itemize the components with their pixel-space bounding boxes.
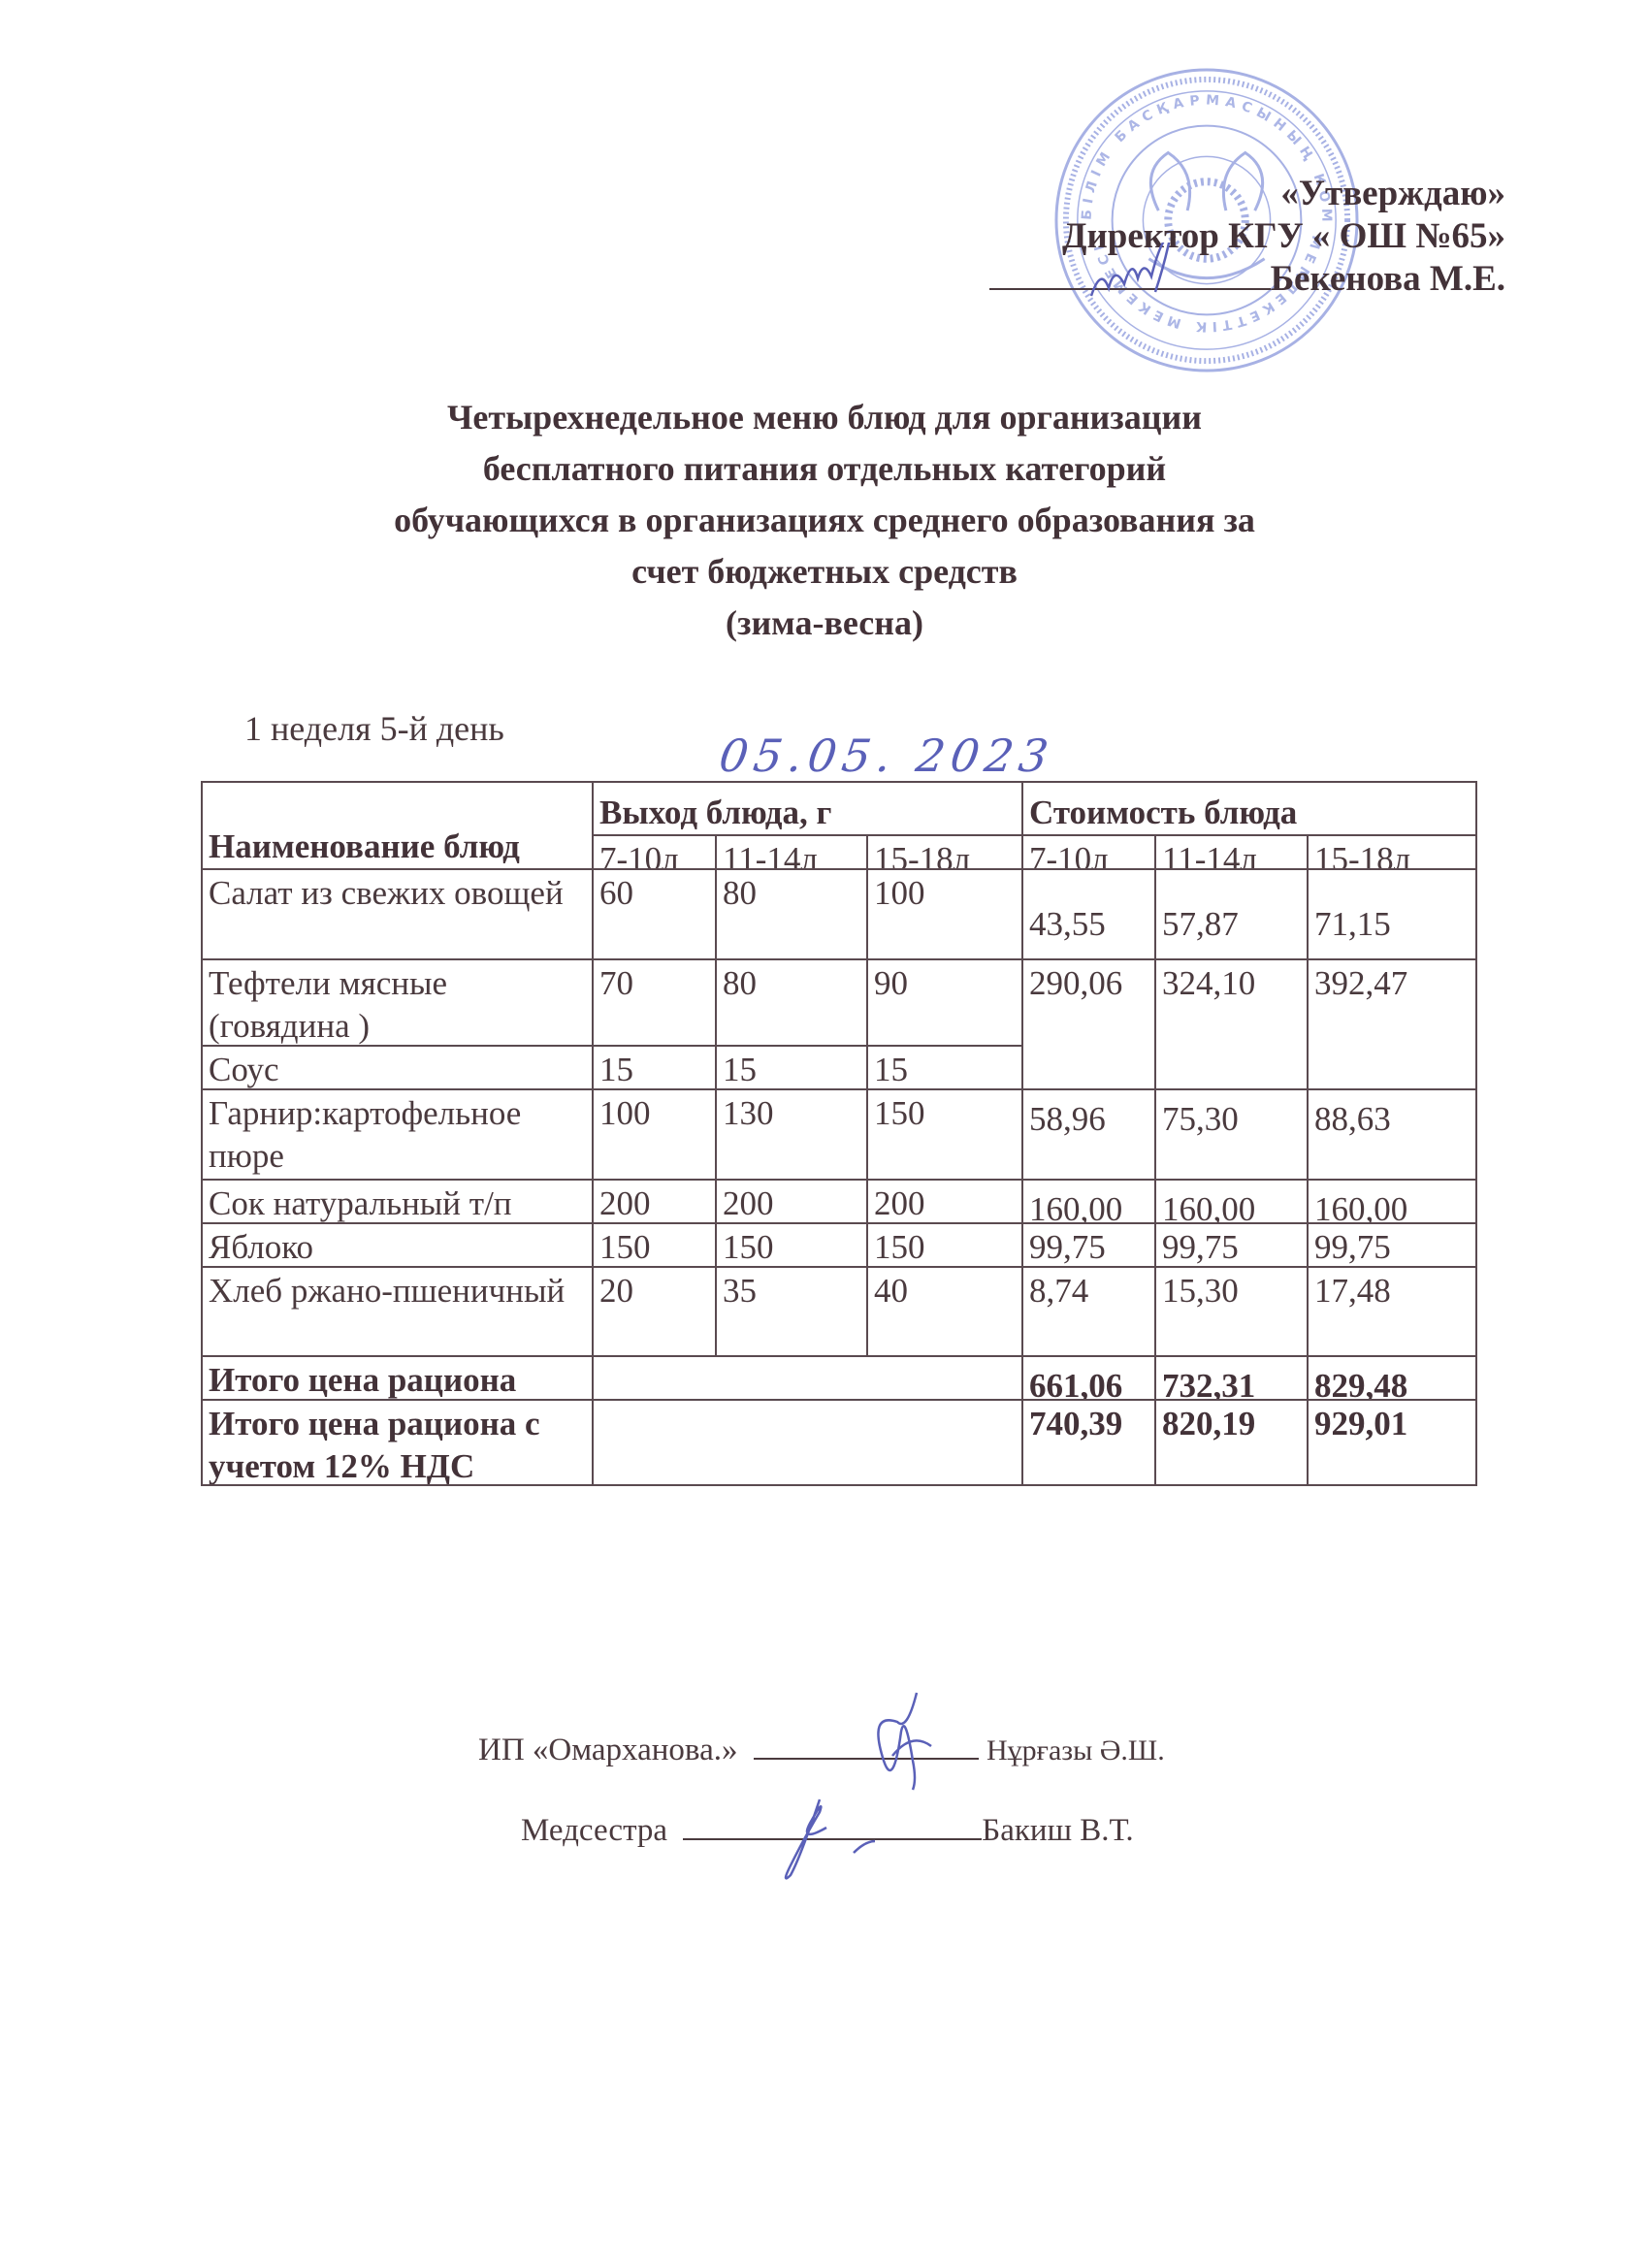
cost-value: 15,30: [1154, 1266, 1307, 1355]
cost-value: 99,75: [1154, 1222, 1307, 1266]
yield-value: 40: [866, 1266, 1021, 1355]
yield-value: 20: [592, 1266, 715, 1355]
cost-value: 75,30: [1154, 1088, 1307, 1179]
total-empty-cell: [592, 1355, 1021, 1399]
total-value: 732,31: [1154, 1355, 1307, 1399]
header-yield-group: Выход блюда, г: [592, 781, 1021, 834]
yield-value: 150: [866, 1222, 1021, 1266]
yield-value: 150: [592, 1222, 715, 1266]
nurse-signature-icon: [776, 1795, 912, 1882]
header-yield-age: 15-18л: [866, 834, 1021, 868]
dish-name: Гарнир:картофельное пюре: [201, 1088, 592, 1179]
yield-value: 200: [866, 1179, 1021, 1222]
yield-value: 15: [715, 1045, 866, 1088]
cost-value: 160,00: [1307, 1179, 1477, 1222]
cost-value: 58,96: [1021, 1088, 1154, 1179]
cost-value: 99,75: [1307, 1222, 1477, 1266]
total-value: 829,48: [1307, 1355, 1477, 1399]
cost-value: 57,87: [1154, 868, 1307, 958]
yield-value: 130: [715, 1088, 866, 1179]
menu-table: Наименование блюдВыход блюда, гСтоимость…: [201, 781, 1477, 1486]
cost-value: 324,10: [1154, 958, 1307, 1088]
director-name: Бекенова М.Е.: [1271, 259, 1505, 299]
yield-value: 15: [592, 1045, 715, 1088]
yield-value: 200: [715, 1179, 866, 1222]
dish-name: Салат из свежих овощей: [201, 868, 592, 958]
yield-value: 150: [715, 1222, 866, 1266]
director-signature-icon: [1086, 243, 1193, 310]
header-cost-age: 7-10л: [1021, 834, 1154, 868]
cost-value: 99,75: [1021, 1222, 1154, 1266]
signature-role: ИП «Омарханова.»: [478, 1733, 737, 1767]
yield-value: 60: [592, 868, 715, 958]
yield-value: 100: [592, 1088, 715, 1179]
cost-value: 290,06: [1021, 958, 1154, 1088]
header-yield-age: 7-10л: [592, 834, 715, 868]
total-empty-cell: [592, 1399, 1021, 1486]
yield-value: 150: [866, 1088, 1021, 1179]
dish-name: Тефтели мясные (говядина ): [201, 958, 592, 1045]
yield-value: 80: [715, 868, 866, 958]
total-value: 820,19: [1154, 1399, 1307, 1486]
week-day-label: 1 неделя 5-й день: [244, 708, 504, 749]
signature-name: Бакиш В.Т.: [982, 1813, 1133, 1848]
title-line: Четырехнедельное меню блюд для организац…: [0, 392, 1649, 443]
cost-value: 43,55: [1021, 868, 1154, 958]
total-value: 929,01: [1307, 1399, 1477, 1486]
yield-value: 80: [715, 958, 866, 1045]
title-line: (зима-весна): [0, 598, 1649, 649]
cost-value: 160,00: [1154, 1179, 1307, 1222]
header-yield-age: 11-14л: [715, 834, 866, 868]
cost-value: 71,15: [1307, 868, 1477, 958]
yield-value: 200: [592, 1179, 715, 1222]
dish-name: Соус: [201, 1045, 592, 1088]
cost-value: 392,47: [1307, 958, 1477, 1088]
handwritten-date: 05.05. 2023: [716, 729, 1057, 782]
signature-name: Нұрғазы Ә.Ш.: [986, 1734, 1165, 1766]
signature-role: Медсестра: [521, 1813, 667, 1848]
total-label: Итого цена рациона с учетом 12% НДС: [201, 1399, 592, 1486]
dish-name: Сок натуральный т/п: [201, 1179, 592, 1222]
dish-name: Хлеб ржано-пшеничный: [201, 1266, 592, 1355]
document-title: Четырехнедельное меню блюд для организац…: [0, 392, 1649, 649]
title-line: бесплатного питания отдельных категорий: [0, 443, 1649, 495]
header-dish-name: Наименование блюд: [201, 781, 592, 868]
supplier-signature-icon: [863, 1688, 951, 1795]
header-cost-group: Стоимость блюда: [1021, 781, 1477, 834]
title-line: счет бюджетных средств: [0, 546, 1649, 598]
yield-value: 70: [592, 958, 715, 1045]
approval-block: «Утверждаю» Директор КГУ « ОШ №65» Бекен…: [989, 173, 1505, 301]
dish-name: Яблоко: [201, 1222, 592, 1266]
total-value: 740,39: [1021, 1399, 1154, 1486]
yield-value: 35: [715, 1266, 866, 1355]
director-position: Директор КГУ « ОШ №65»: [989, 215, 1505, 258]
yield-value: 90: [866, 958, 1021, 1045]
signature-row-supplier: ИП «Омарханова.» Нұрғазы Ә.Ш.: [478, 1729, 1165, 1768]
header-cost-age: 11-14л: [1154, 834, 1307, 868]
cost-value: 160,00: [1021, 1179, 1154, 1222]
cost-value: 8,74: [1021, 1266, 1154, 1355]
cost-value: 88,63: [1307, 1088, 1477, 1179]
title-line: обучающихся в организациях среднего обра…: [0, 495, 1649, 546]
total-value: 661,06: [1021, 1355, 1154, 1399]
total-label: Итого цена рациона: [201, 1355, 592, 1399]
yield-value: 100: [866, 868, 1021, 958]
approve-label: «Утверждаю»: [989, 173, 1505, 215]
cost-value: 17,48: [1307, 1266, 1477, 1355]
yield-value: 15: [866, 1045, 1021, 1088]
director-signature-line: Бекенова М.Е.: [989, 258, 1505, 301]
header-cost-age: 15-18л: [1307, 834, 1477, 868]
